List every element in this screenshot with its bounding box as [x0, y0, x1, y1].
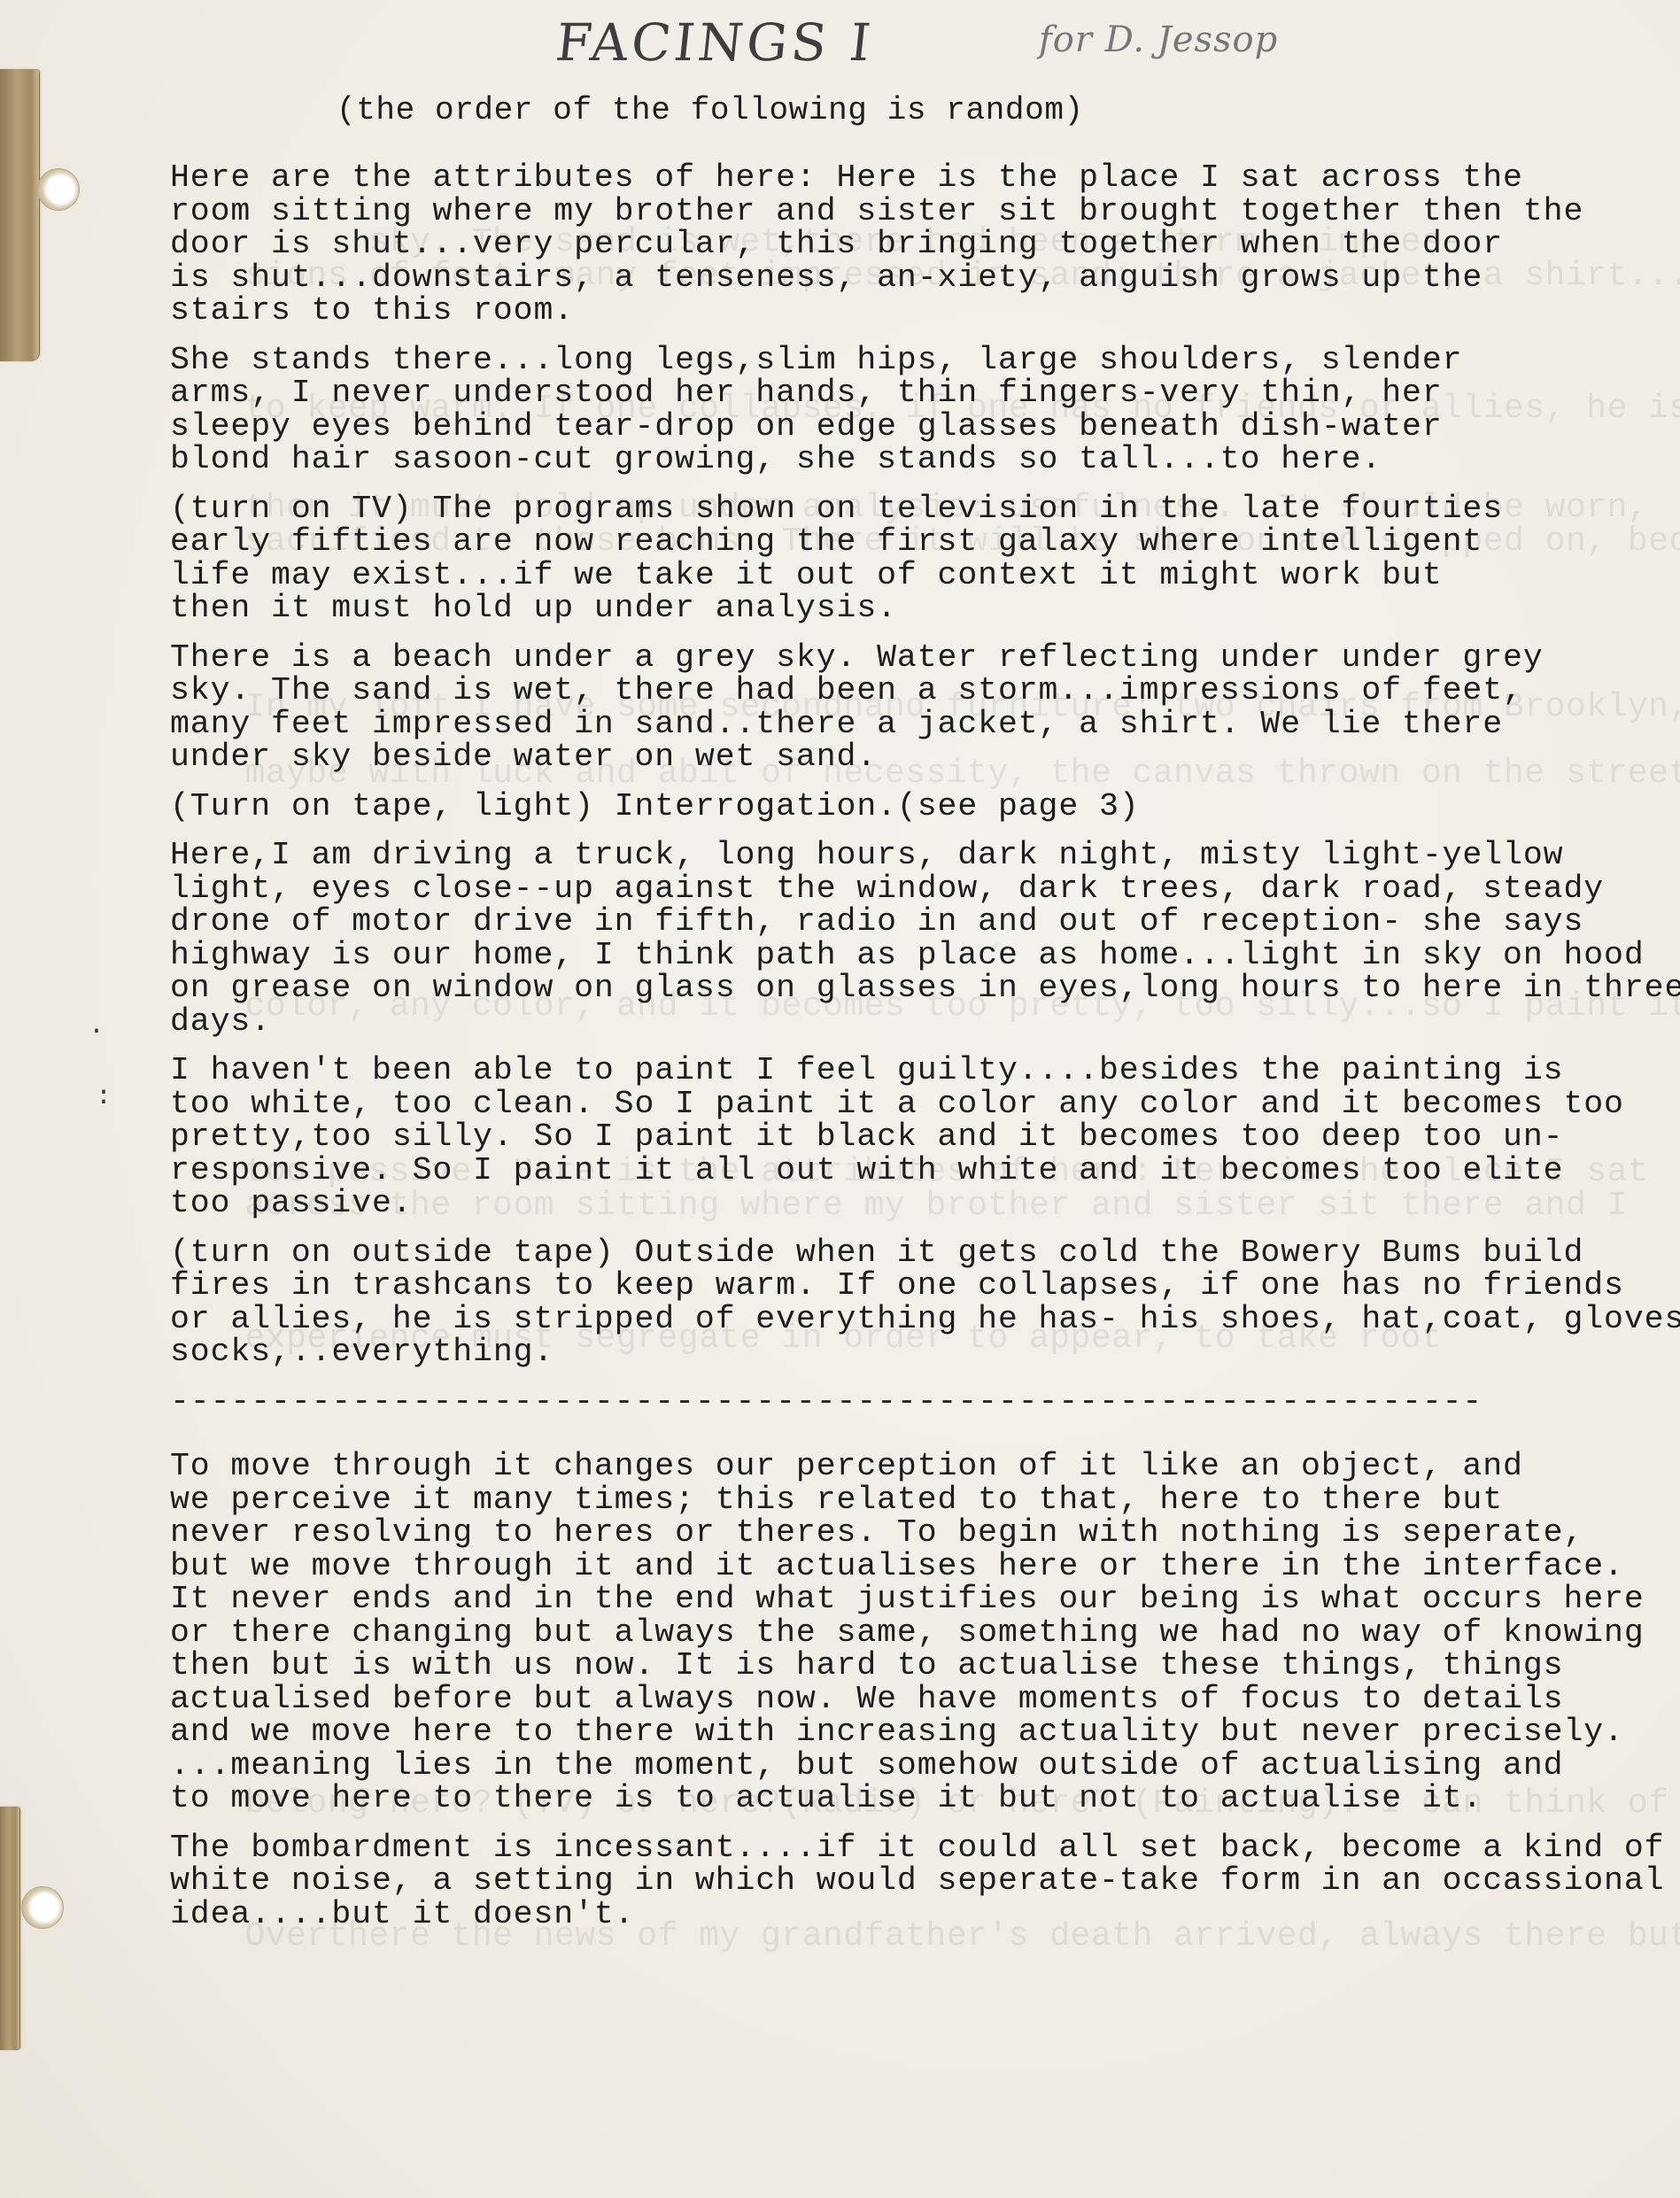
text-line: many feet impressed in sand..there a jac…: [170, 708, 1680, 741]
text-line: door is shut...very percular, this bring…: [170, 228, 1680, 261]
text-line: arms, I never understood her hands, thin…: [170, 376, 1680, 410]
text-line: but we move through it and it actualises…: [170, 1550, 1680, 1583]
text-line: white noise, a setting in which would se…: [170, 1864, 1680, 1898]
text-line: to move here to there is to actualise it…: [170, 1782, 1680, 1815]
subtitle: (the order of the following is random): [337, 92, 1084, 128]
handwritten-title: FACINGS I: [553, 12, 877, 73]
dashed-divider: ----------------------------------------…: [170, 1385, 1680, 1419]
text-line: light, eyes close--up against the window…: [170, 872, 1680, 906]
text-line: blond hair sasoon-cut growing, she stand…: [170, 443, 1680, 476]
text-line: pretty,too silly. So I paint it black an…: [170, 1120, 1680, 1154]
text-line: then it must hold up under analysis.: [170, 592, 1680, 625]
text-line: we perceive it many times; this related …: [170, 1483, 1680, 1517]
binding-tape-bottom: [0, 1807, 20, 2050]
margin-mark: ·: [89, 1017, 105, 1047]
text-line: too white, too clean. So I paint it a co…: [170, 1087, 1680, 1121]
text-line: sleepy eyes behind tear-drop on edge gla…: [170, 410, 1680, 444]
paragraph: Here are the attributes of here: Here is…: [170, 161, 1680, 328]
text-line: responsive. So I paint it all out with w…: [170, 1154, 1680, 1188]
paragraph: To move through it changes our perceptio…: [170, 1450, 1680, 1815]
paragraph: She stands there...long legs,slim hips, …: [170, 344, 1680, 476]
text-line: She stands there...long legs,slim hips, …: [170, 344, 1680, 377]
text-line: There is a beach under a grey sky. Water…: [170, 641, 1680, 675]
text-line: or there changing but always the same, s…: [170, 1616, 1680, 1650]
paragraph: Here,I am driving a truck, long hours, d…: [170, 839, 1680, 1038]
text-line: and we move here to there with increasin…: [170, 1715, 1680, 1749]
text-line: too passive.: [170, 1187, 1680, 1220]
paragraph: (turn on TV) The programs shown on telev…: [170, 492, 1680, 625]
text-line: or allies, he is stripped of everything …: [170, 1303, 1680, 1336]
text-line: days.: [170, 1005, 1680, 1039]
paragraph: (turn on outside tape) Outside when it g…: [170, 1236, 1680, 1369]
typed-body: Here are the attributes of here: Here is…: [170, 161, 1680, 1946]
paragraph: (Turn on tape, light) Interrogation.(see…: [170, 790, 1680, 824]
punch-hole-top: [37, 168, 80, 211]
text-line: highway is our home, I think path as pla…: [170, 939, 1680, 972]
text-line: stairs to this room.: [170, 294, 1680, 328]
punch-hole-bottom: [21, 1886, 64, 1929]
text-line: (Turn on tape, light) Interrogation.(see…: [170, 790, 1680, 824]
text-line: then but is with us now. It is hard to a…: [170, 1649, 1680, 1683]
text-line: Here,I am driving a truck, long hours, d…: [170, 839, 1680, 872]
paragraph: I haven't been able to paint I feel guil…: [170, 1054, 1680, 1220]
text-line: socks,..everything.: [170, 1335, 1680, 1369]
text-line: room sitting where my brother and sister…: [170, 195, 1680, 228]
margin-mark: :: [96, 1082, 112, 1112]
text-line: life may exist...if we take it out of co…: [170, 559, 1680, 592]
text-line: sky. The sand is wet, there had been a s…: [170, 674, 1680, 708]
text-line: idea....but it doesn't.: [170, 1898, 1680, 1931]
text-line: actualised before but always now. We hav…: [170, 1683, 1680, 1716]
text-line: on grease on window on glass on glasses …: [170, 971, 1680, 1005]
text-line: early fifties are now reaching the first…: [170, 525, 1680, 559]
text-line: under sky beside water on wet sand.: [170, 740, 1680, 774]
text-line: is shut...downstairs, a tenseness, an-xi…: [170, 261, 1680, 295]
text-line: never resolving to heres or theres. To b…: [170, 1516, 1680, 1550]
text-line: drone of motor drive in fifth, radio in …: [170, 905, 1680, 939]
text-line: ...meaning lies in the moment, but someh…: [170, 1749, 1680, 1783]
handwritten-dedication: for D. Jessop: [1039, 19, 1278, 60]
paragraph: There is a beach under a grey sky. Water…: [170, 641, 1680, 774]
text-line: To move through it changes our perceptio…: [170, 1450, 1680, 1483]
text-line: The bombardment is incessant....if it co…: [170, 1831, 1680, 1865]
text-line: (turn on TV) The programs shown on telev…: [170, 492, 1680, 526]
text-line: fires in trashcans to keep warm. If one …: [170, 1269, 1680, 1303]
binding-tape-top: [0, 69, 40, 361]
text-line: It never ends and in the end what justif…: [170, 1583, 1680, 1616]
text-line: I haven't been able to paint I feel guil…: [170, 1054, 1680, 1087]
text-line: (turn on outside tape) Outside when it g…: [170, 1236, 1680, 1270]
paragraph: The bombardment is incessant....if it co…: [170, 1831, 1680, 1931]
text-line: Here are the attributes of here: Here is…: [170, 161, 1680, 195]
